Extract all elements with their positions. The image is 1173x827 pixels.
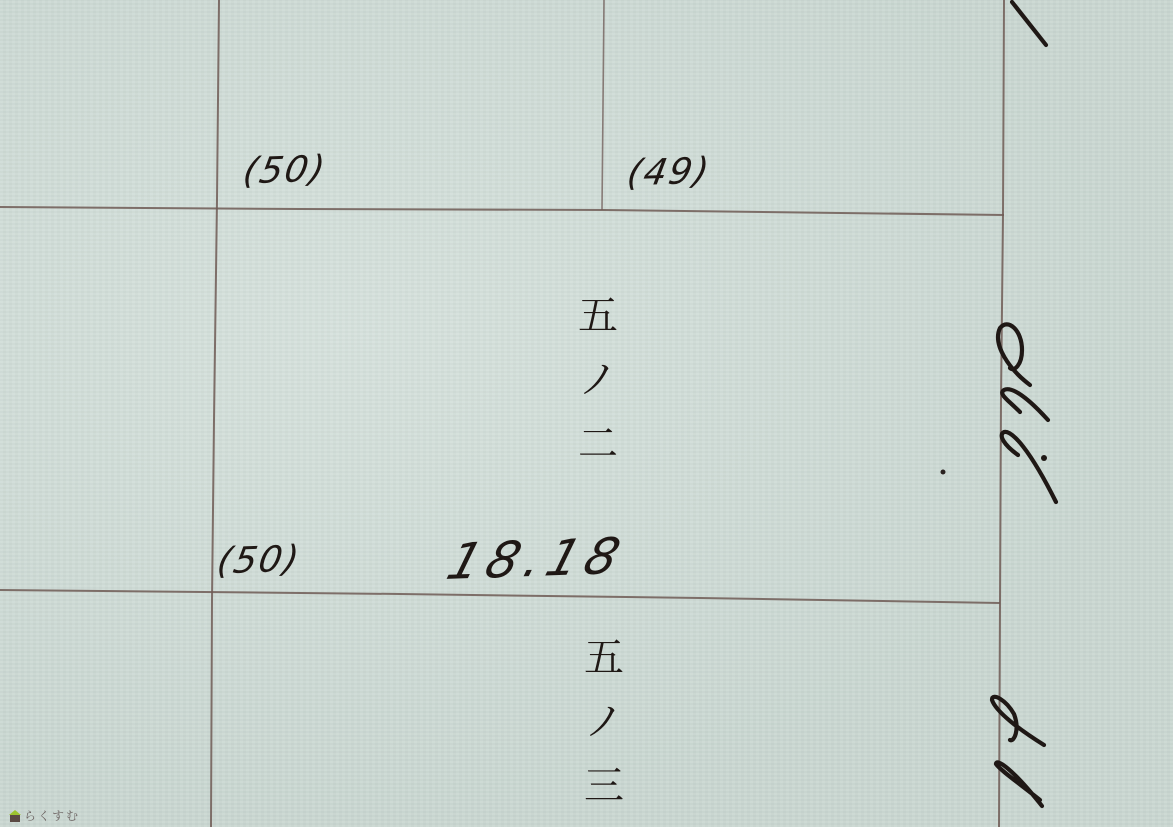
edge-number-606 (998, 324, 1056, 502)
address-char: 二 (578, 412, 618, 476)
address-block-5-2: 五 ノ 二 (578, 284, 618, 476)
grid-line-horizontal-bottom (0, 590, 1000, 603)
lot-label-50-bottom: (50) (214, 539, 304, 583)
decimal-dot (1041, 455, 1047, 461)
address-char: 三 (584, 754, 624, 818)
ink-speck (941, 470, 946, 475)
grid-line-vertical-left (211, 0, 219, 827)
watermark-text: らくすむ (24, 807, 80, 824)
area-value: 18.18 (441, 527, 633, 591)
watermark: らくすむ (9, 807, 80, 824)
grid-line-vertical-middle (602, 0, 604, 210)
lot-label-49: (49) (624, 151, 714, 195)
address-char: 五 (578, 284, 618, 348)
address-char: ノ (584, 690, 624, 754)
ink-stroke-top-right (1012, 2, 1046, 45)
house-icon (9, 810, 21, 822)
grid-line-horizontal-top (0, 207, 1004, 215)
address-char: ノ (578, 348, 618, 412)
address-block-5-3: 五 ノ 三 (584, 626, 624, 818)
address-char: 五 (584, 626, 624, 690)
lot-label-50-top: (50) (240, 149, 330, 193)
